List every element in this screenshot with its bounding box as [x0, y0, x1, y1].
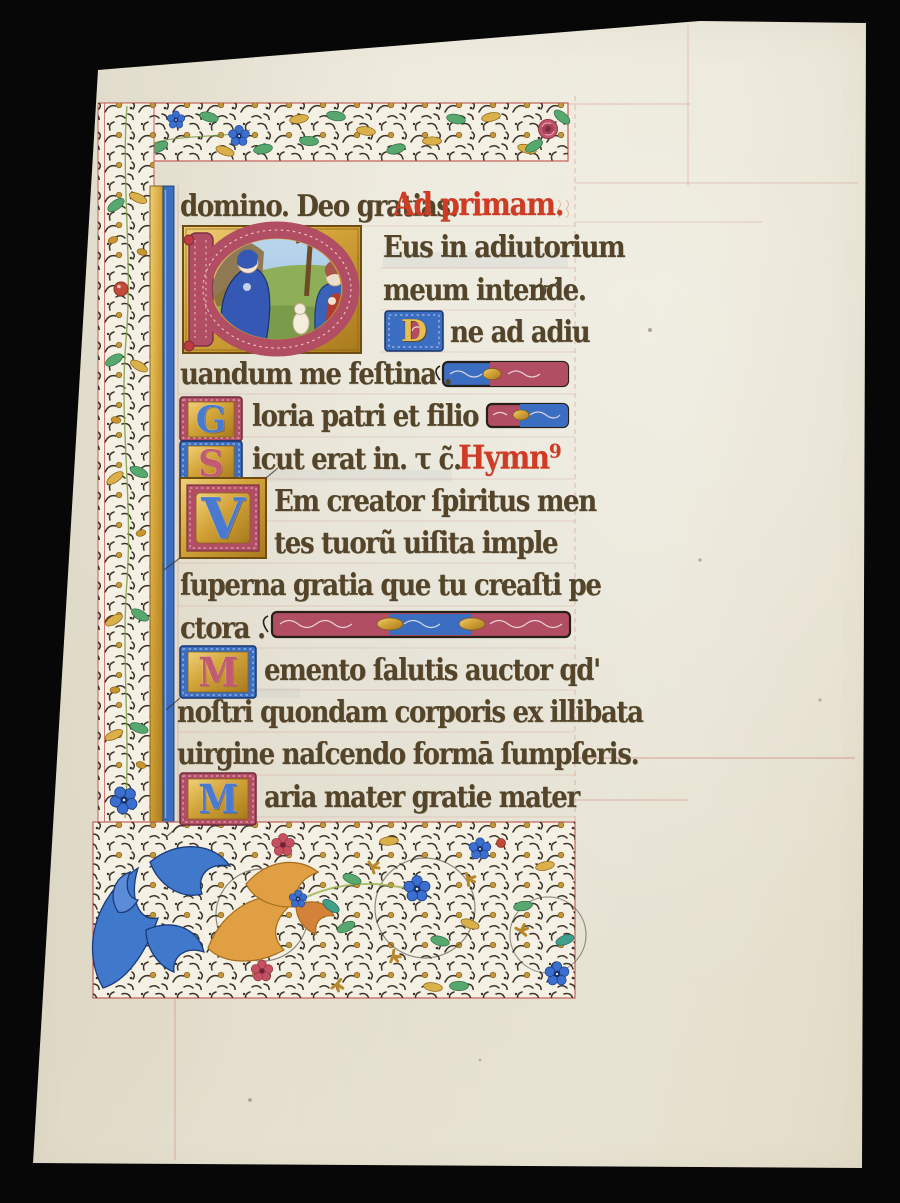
rubric-hymnus: Hymn⁹ — [458, 441, 560, 474]
text-line-13: noſtri quondam corporis ex illibata — [177, 698, 643, 728]
text-line-10: ſuperna gratia que tu creaſti pe — [180, 571, 601, 601]
illuminated-initial-D: Nativity: Virgin in blue and Joseph ador… — [183, 226, 361, 353]
floral-border-left: Vine band with gold-and-blue bar, leaf p… — [98, 103, 154, 822]
text-line-12: emento ſalutis auctor qd' — [264, 656, 600, 686]
rubric-ad-primam: Ad primam. — [393, 189, 563, 221]
text-line-3: meum intende. — [383, 276, 586, 306]
initial-letter-s: S — [180, 443, 242, 485]
text-line-15: aria mater gratie mater — [264, 783, 579, 813]
line-filler-3 — [264, 612, 571, 637]
text-line-7: icut erat in. τ c̃. — [252, 445, 461, 475]
floral-border-top: Floral band: blue flowers, green and gol… — [106, 103, 572, 161]
berry-motif — [114, 282, 128, 296]
gold-blue-bar — [150, 186, 174, 822]
initial-letter-v: V — [180, 482, 266, 556]
initial-letter-d: D — [385, 314, 443, 350]
line-filler-1: Blue and crimson line fillers with white… — [436, 362, 568, 386]
manuscript-leaf: Floral band: blue flowers, green and gol… — [0, 0, 900, 1203]
photo-background: Floral band: blue flowers, green and gol… — [0, 0, 900, 1203]
initial-letter-m1: M — [184, 648, 252, 698]
initial-letter-g: G — [180, 399, 242, 441]
text-line-4: ne ad adiu — [450, 318, 589, 348]
text-line-9: tes tuorũ uiſita imple — [274, 529, 557, 559]
line-filler-2 — [487, 404, 568, 427]
text-line-8: Em creator ſpiritus men — [274, 487, 596, 517]
red-bud-motif — [497, 839, 506, 848]
text-line-14: uirgine naſcendo formā ſumpſeris. — [177, 740, 638, 770]
text-line-5: uandum me feſtina . — [180, 360, 451, 390]
floral-border-bottom: Dense rinceaux with blue and orange acan… — [93, 822, 586, 998]
initial-letter-m2: M — [184, 775, 252, 825]
text-line-11: ctora . — [180, 614, 265, 644]
text-line-2: Eus in adiutorium — [383, 233, 624, 263]
text-line-6: loria patri et filio — [252, 402, 478, 432]
